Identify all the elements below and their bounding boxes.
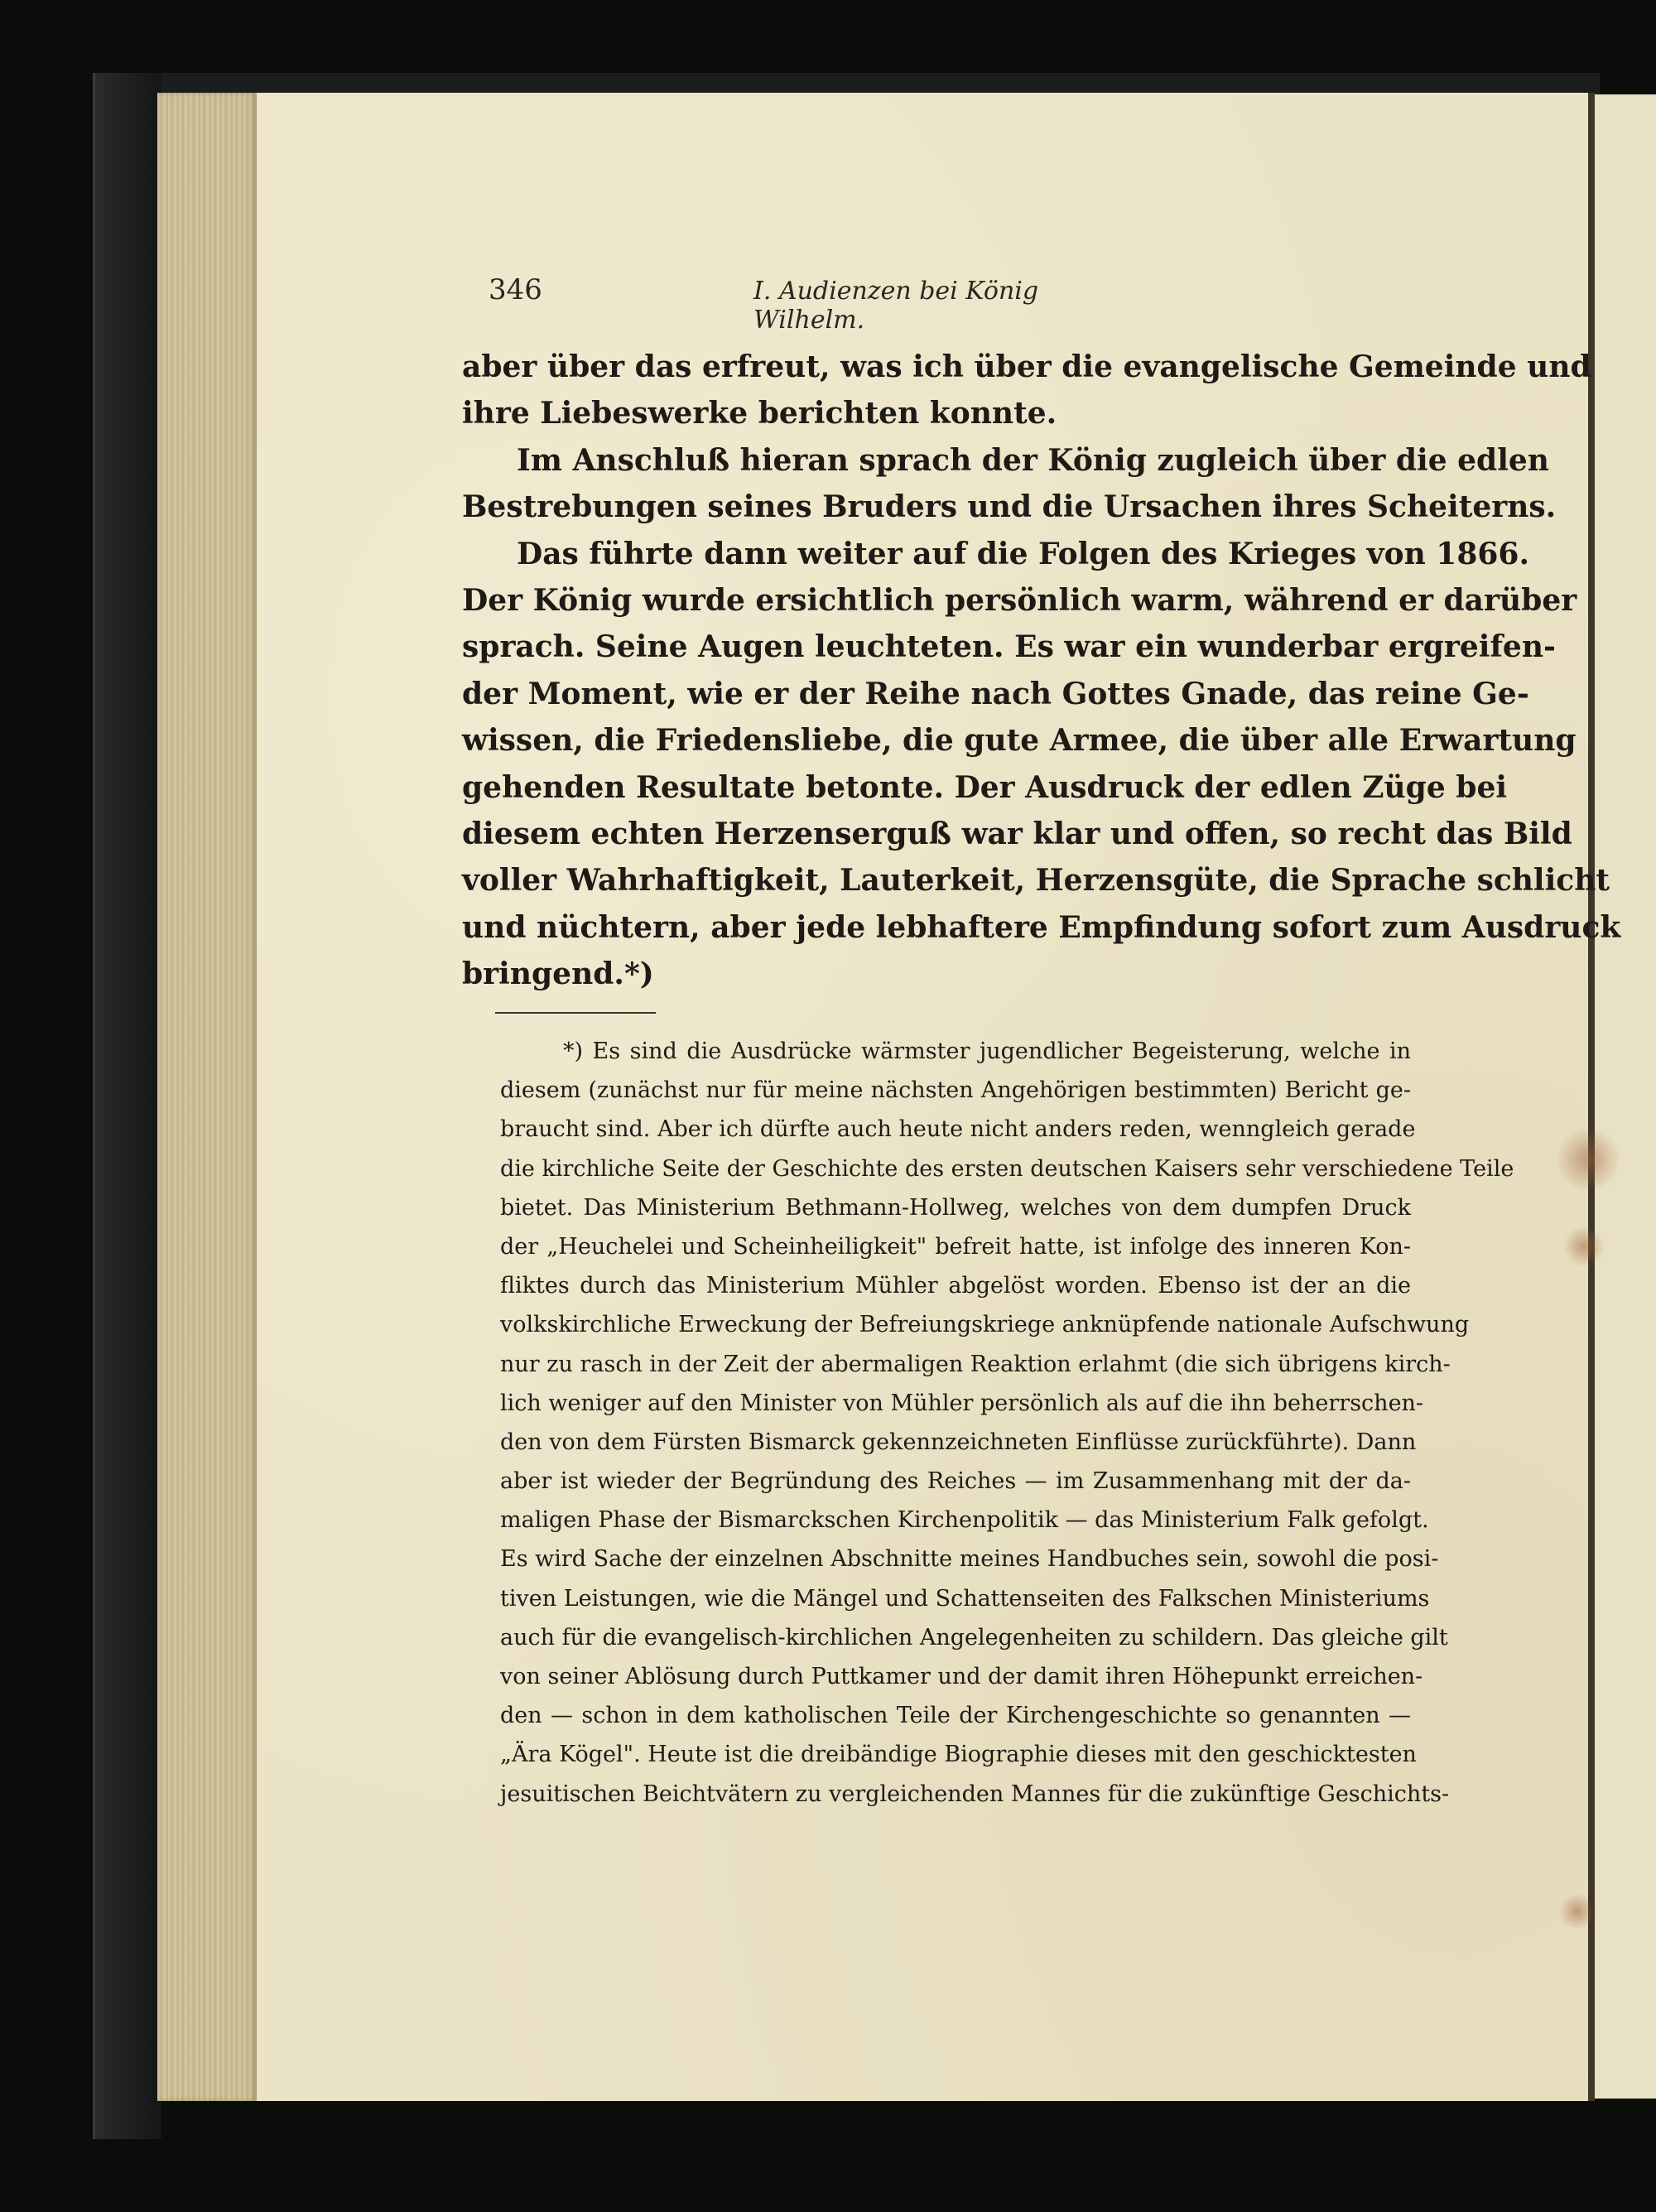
- text-line: Das führte dann weiter auf die Folgen de…: [462, 531, 1401, 577]
- text-line: diesem echten Herzenserguß war klar und …: [462, 811, 1401, 857]
- page-gutter: [1588, 93, 1595, 2101]
- footnote-line: der „Heuchelei und Scheinheiligkeit" bef…: [500, 1227, 1411, 1266]
- text-line: Im Anschluß hieran sprach der König zugl…: [462, 437, 1401, 484]
- footnote-line: diesem (zunächst nur für meine nächsten …: [500, 1071, 1411, 1110]
- paper-stain: [1563, 1226, 1605, 1267]
- main-text-block: aber über das erfreut, was ich über die …: [462, 344, 1401, 997]
- footnote-line: volkskirchliche Erweckung der Befreiungs…: [500, 1305, 1411, 1344]
- text-line: voller Wahrhaftigkeit, Lauterkeit, Herze…: [462, 857, 1401, 904]
- footnote-line: maligen Phase der Bismarckschen Kirchenp…: [500, 1501, 1411, 1540]
- footnote-divider: [495, 1012, 656, 1014]
- text-line: und nüchtern, aber jede lebhaftere Empfi…: [462, 904, 1401, 951]
- facing-page-edge: [1595, 94, 1656, 2099]
- footnote-block: *) Es sind die Ausdrücke wärmster jugend…: [500, 1032, 1411, 1814]
- footnote-line: bietet. Das Ministerium Bethmann-Hollweg…: [500, 1188, 1411, 1227]
- footnote-line: jesuitischen Beichtvätern zu vergleichen…: [500, 1775, 1411, 1814]
- footnote-line: Es wird Sache der einzelnen Abschnitte m…: [500, 1540, 1411, 1578]
- text-line: bringend.*): [462, 951, 1401, 997]
- footnote-line: tiven Leistungen, wie die Mängel und Sch…: [500, 1579, 1411, 1618]
- running-title: I. Audienzen bei König Wilhelm.: [753, 277, 1151, 335]
- text-line: der Moment, wie er der Reihe nach Gottes…: [462, 671, 1401, 717]
- text-line: Bestrebungen seines Bruders und die Ursa…: [462, 484, 1401, 530]
- footnote-line: *) Es sind die Ausdrücke wärmster jugend…: [500, 1032, 1411, 1071]
- text-line: ihre Liebeswerke berichten konnte.: [462, 390, 1401, 436]
- page-edges-stack: [157, 93, 257, 2101]
- footnote-line: den von dem Fürsten Bismarck gekennzeich…: [500, 1423, 1411, 1462]
- text-line: sprach. Seine Augen leuchteten. Es war e…: [462, 624, 1401, 670]
- footnote-line: auch für die evangelisch-kirchlichen Ang…: [500, 1618, 1411, 1657]
- page-number: 346: [489, 273, 542, 306]
- footnote-line: die kirchliche Seite der Geschichte des …: [500, 1149, 1411, 1188]
- footnote-line: „Ära Kögel". Heute ist die dreibändige B…: [500, 1735, 1411, 1774]
- footnote-line: den — schon in dem katholischen Teile de…: [500, 1696, 1411, 1735]
- footnote-line: aber ist wieder der Begründung des Reich…: [500, 1462, 1411, 1501]
- paper-stain: [1557, 1895, 1598, 1928]
- running-head: 346 I. Audienzen bei König Wilhelm.: [489, 273, 1151, 315]
- text-line: wissen, die Friedensliebe, die gute Arme…: [462, 717, 1401, 764]
- footnote-line: fliktes durch das Ministerium Mühler abg…: [500, 1266, 1411, 1305]
- footnote-line: lich weniger auf den Minister von Mühler…: [500, 1384, 1411, 1423]
- paper-stain: [1555, 1126, 1621, 1193]
- text-line: Der König wurde ersichtlich persönlich w…: [462, 577, 1401, 624]
- text-line: gehenden Resultate betonte. Der Ausdruck…: [462, 764, 1401, 811]
- text-line: aber über das erfreut, was ich über die …: [462, 344, 1401, 390]
- footnote-line: braucht sind. Aber ich dürfte auch heute…: [500, 1110, 1411, 1149]
- footnote-line: nur zu rasch in der Zeit der abermaligen…: [500, 1345, 1411, 1384]
- footnote-line: von seiner Ablösung durch Puttkamer und …: [500, 1657, 1411, 1696]
- book-cover-spine: [93, 73, 161, 2139]
- book-cover-top-edge: [93, 73, 1600, 94]
